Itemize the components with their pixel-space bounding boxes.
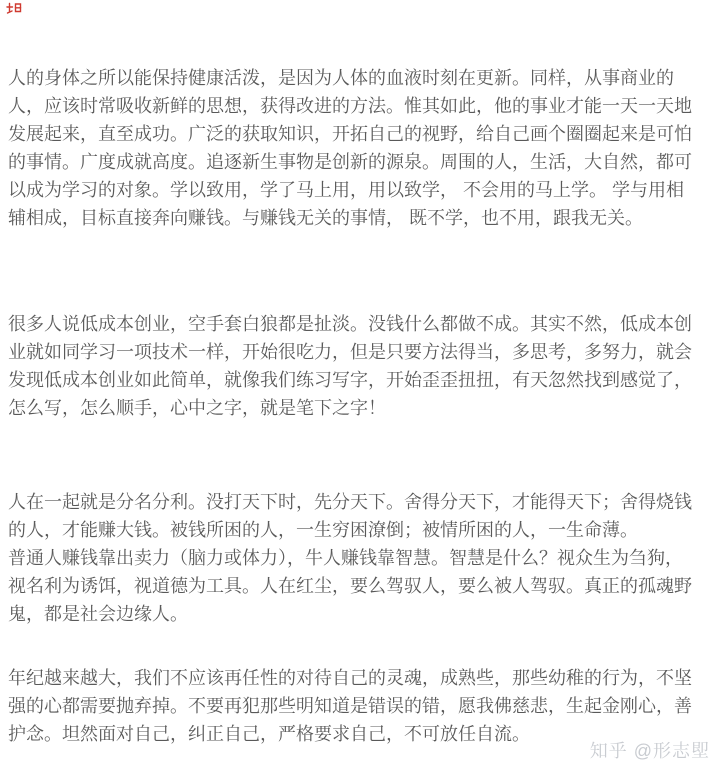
watermark-site-label: 知乎 [590,741,628,761]
paragraph: 年纪越来越大，我们不应该再任性的对待自己的灵魂，成熟些，那些幼稚的行为，不坚强的… [8,664,698,748]
paragraph: 人的身体之所以能保持健康活泼，是因为人体的血液时刻在更新。同样，从事商业的人，应… [8,64,698,232]
watermark-author-label: @形志堲 [634,741,710,761]
zhihu-watermark: 知乎@形志堲 [590,737,710,763]
article-body: 人的身体之所以能保持健康活泼，是因为人体的血液时刻在更新。同样，从事商业的人，应… [8,0,698,748]
paragraph: 人在一起就是分名分利。没打天下时，先分天下。舍得分天下，才能得天下；舍得烧钱的人… [8,488,698,544]
paragraph: 普通人赚钱靠出卖力（脑力或体力），牛人赚钱靠智慧。智慧是什么？视众生为刍狗，视名… [8,544,698,628]
paragraph: 很多人说低成本创业，空手套白狼都是扯淡。没钱什么都做不成。其实不然，低成本创业就… [8,310,698,422]
